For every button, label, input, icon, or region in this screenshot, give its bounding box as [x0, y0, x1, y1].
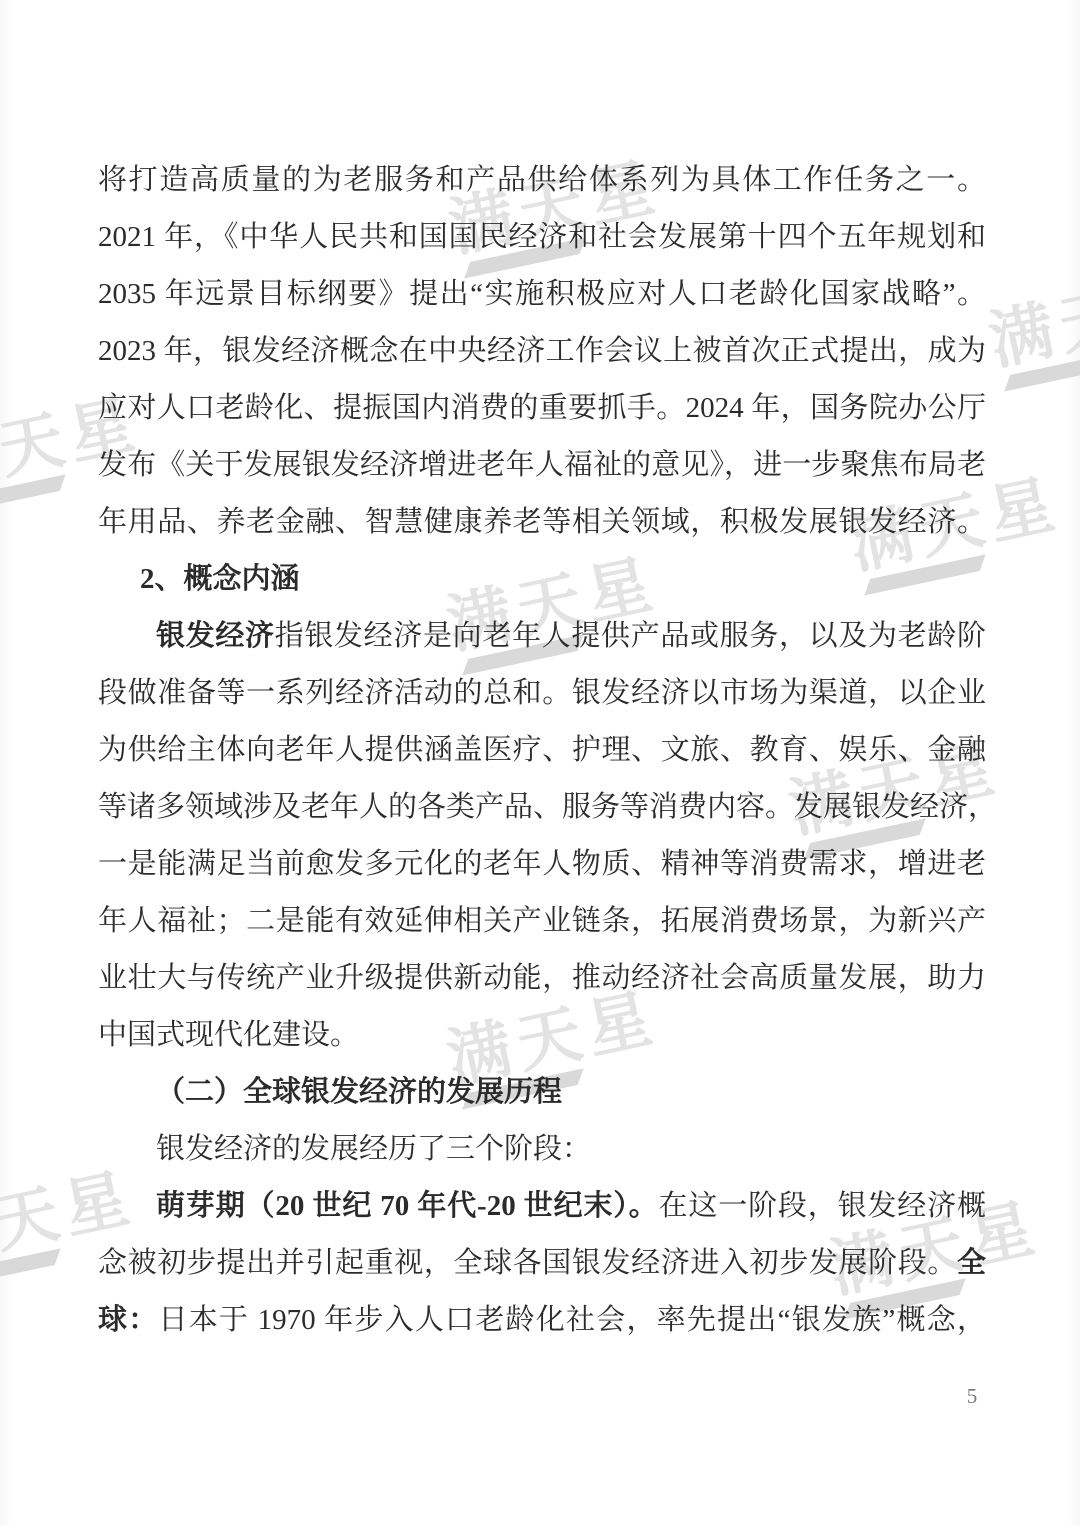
- text-line: 银发经济的发展经历了三个阶段：: [98, 1121, 986, 1178]
- text-line: 一是能满足当前愈发多元化的老年人物质、精神等消费需求，增进老: [98, 836, 986, 893]
- text-line: 将打造高质量的为老服务和产品供给体系列为具体工作任务之一。: [98, 152, 986, 209]
- text-line: 应对人口老龄化、提振国内消费的重要抓手。2024 年，国务院办公厅: [98, 380, 986, 437]
- text-segment: 银发经济的发展经历了三个阶段：: [156, 1133, 591, 1165]
- watermark: 满天星: [984, 267, 1080, 392]
- text-line: 中国式现代化建设。: [98, 1007, 986, 1064]
- section-heading: 2、概念内涵: [98, 551, 986, 608]
- text-segment: 发布《关于发展银发经济增进老年人福祉的意见》，进一步聚焦布局老: [98, 449, 986, 481]
- text-segment: 应对人口老龄化、提振国内消费的重要抓手。2024 年，国务院办公厅: [98, 392, 986, 424]
- text-segment: 2035 年远景目标纲要》提出“实施积极应对人口老龄化国家战略”。: [98, 278, 986, 310]
- bold-text-segment: 全: [957, 1247, 986, 1279]
- bold-text-segment: 2、概念内涵: [140, 563, 300, 595]
- text-segment: 念被初步提出并引起重视，全球各国银发经济进入初步发展阶段。: [98, 1247, 957, 1279]
- text-line: 业壮大与传统产业升级提供新动能，推动经济社会高质量发展，助力: [98, 950, 986, 1007]
- text-line: 2035 年远景目标纲要》提出“实施积极应对人口老龄化国家战略”。: [98, 266, 986, 323]
- bold-text-segment: （二）全球银发经济的发展历程: [156, 1076, 562, 1108]
- text-segment: 2021 年，《中华人民共和国国民经济和社会发展第十四个五年规划和: [98, 221, 986, 253]
- bold-text-segment: 萌芽期（20 世纪 70 年代-20 世纪末）。: [156, 1190, 659, 1222]
- text-segment: 中国式现代化建设。: [98, 1019, 359, 1051]
- text-line: 段做准备等一系列经济活动的总和。银发经济以市场为渠道，以企业: [98, 665, 986, 722]
- section-heading: （二）全球银发经济的发展历程: [98, 1064, 986, 1121]
- text-segment: 业壮大与传统产业升级提供新动能，推动经济社会高质量发展，助力: [98, 962, 986, 994]
- bold-text-segment: 银发经济: [156, 620, 275, 652]
- text-segment: 2023 年，银发经济概念在中央经济工作会议上被首次正式提出，成为: [98, 335, 986, 367]
- text-segment: 段做准备等一系列经济活动的总和。银发经济以市场为渠道，以企业: [98, 677, 986, 709]
- page-number: 5: [952, 1384, 992, 1409]
- text-segment: 日本于 1970 年步入人口老龄化社会，率先提出“银发族”概念，: [158, 1304, 986, 1336]
- text-line: 银发经济指银发经济是向老年人提供产品或服务，以及为老龄阶: [98, 608, 986, 665]
- text-segment: 一是能满足当前愈发多元化的老年人物质、精神等消费需求，增进老: [98, 848, 986, 880]
- watermark-text: 满天星: [983, 263, 1080, 378]
- text-line: 球：日本于 1970 年步入人口老龄化社会，率先提出“银发族”概念，: [98, 1292, 986, 1349]
- document-page: 满天星满天星满天星满天星满天星满天星满天星满天星满天星 将打造高质量的为老服务和…: [0, 0, 1080, 1526]
- text-line: 念被初步提出并引起重视，全球各国银发经济进入初步发展阶段。全: [98, 1235, 986, 1292]
- text-segment: 为供给主体向老年人提供涵盖医疗、护理、文旅、教育、娱乐、金融: [98, 734, 986, 766]
- text-line: 为供给主体向老年人提供涵盖医疗、护理、文旅、教育、娱乐、金融: [98, 722, 986, 779]
- text-segment: 在这一阶段，银发经济概: [659, 1190, 986, 1222]
- text-line: 发布《关于发展银发经济增进老年人福祉的意见》，进一步聚焦布局老: [98, 437, 986, 494]
- text-segment: 等诸多领域涉及老年人的各类产品、服务等消费内容。发展银发经济，: [98, 791, 997, 823]
- text-line: 萌芽期（20 世纪 70 年代-20 世纪末）。在这一阶段，银发经济概: [98, 1178, 986, 1235]
- text-line: 2023 年，银发经济概念在中央经济工作会议上被首次正式提出，成为: [98, 323, 986, 380]
- text-segment: 年用品、养老金融、智慧健康养老等相关领域，积极发展银发经济。: [98, 506, 986, 538]
- text-segment: 将打造高质量的为老服务和产品供给体系列为具体工作任务之一。: [98, 164, 986, 196]
- text-segment: 指银发经济是向老年人提供产品或服务，以及为老龄阶: [275, 620, 986, 652]
- text-line: 等诸多领域涉及老年人的各类产品、服务等消费内容。发展银发经济，: [98, 779, 986, 836]
- document-body: 将打造高质量的为老服务和产品供给体系列为具体工作任务之一。2021 年，《中华人…: [98, 152, 986, 1349]
- text-line: 年人福祉；二是能有效延伸相关产业链条，拓展消费场景，为新兴产: [98, 893, 986, 950]
- bold-text-segment: 球：: [98, 1304, 158, 1336]
- text-segment: 年人福祉；二是能有效延伸相关产业链条，拓展消费场景，为新兴产: [98, 905, 986, 937]
- text-line: 年用品、养老金融、智慧健康养老等相关领域，积极发展银发经济。: [98, 494, 986, 551]
- text-line: 2021 年，《中华人民共和国国民经济和社会发展第十四个五年规划和: [98, 209, 986, 266]
